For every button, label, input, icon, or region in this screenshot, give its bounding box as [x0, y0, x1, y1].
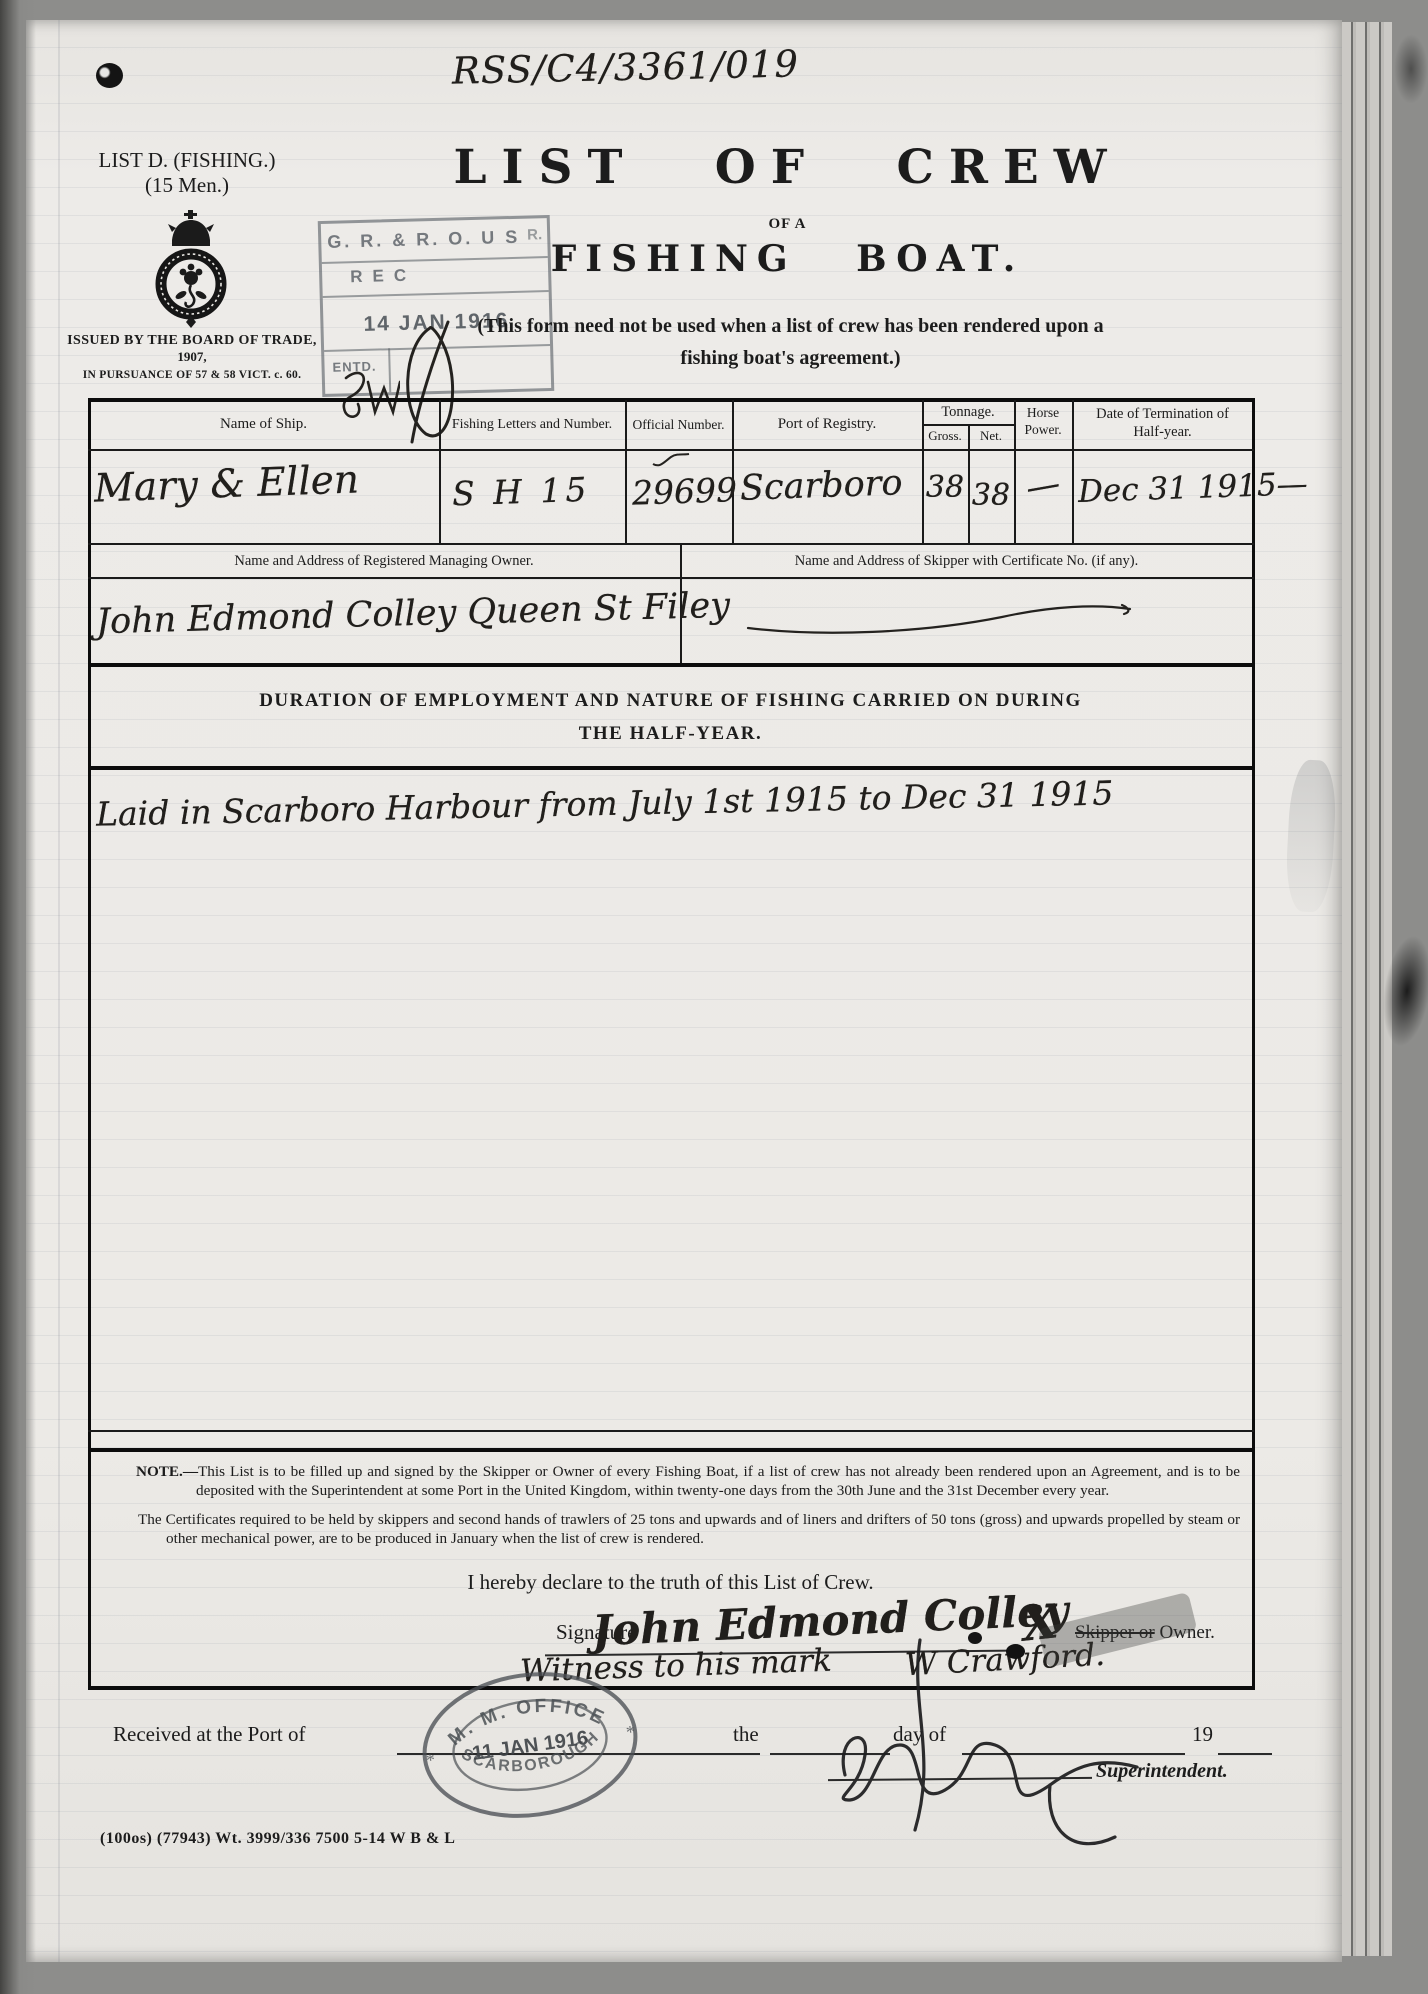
hole-punch-icon [96, 63, 123, 88]
skipper-header: Name and Address of Skipper with Certifi… [680, 545, 1253, 577]
col-header-horse-power-line1: Horse [1014, 405, 1072, 422]
tick-mark-icon [650, 452, 692, 468]
usage-note-line2: fishing boat's agreement.) [368, 342, 1213, 374]
left-scan-edge [0, 0, 36, 1994]
form-box-border-left [88, 400, 91, 1690]
note-paragraph-2: The Certificates required to be held by … [108, 1510, 1240, 1548]
superintendent-label: Superintendent. [1096, 1760, 1228, 1783]
print-imprint: (100os) (77943) Wt. 3999/336 7500 5-14 W… [100, 1830, 455, 1848]
form-code-line1: LIST D. (FISHING.) [72, 148, 302, 173]
superintendent-signature [815, 1585, 1155, 1865]
col-header-official-number: Official Number. [625, 402, 732, 448]
the-label: the [733, 1722, 759, 1747]
duration-bottomline [88, 766, 1255, 770]
note-thin-rule [88, 1430, 1254, 1432]
cell-port-of-registry: Scarboro [739, 463, 903, 509]
issued-by-line1: ISSUED BY THE BOARD OF TRADE, [62, 333, 322, 349]
issued-by-line3: IN PURSUANCE OF 57 & 58 VICT. c. 60. [62, 369, 322, 381]
duration-topline [88, 663, 1255, 667]
cell-net-tonnage: 38 [968, 478, 1014, 513]
cell-gross-tonnage: 38 [922, 470, 968, 505]
duration-heading-line2: THE HALF-YEAR. [88, 717, 1253, 750]
form-code-line2: (15 Men.) [72, 173, 302, 198]
page-title: LIST OF CREW [380, 140, 1195, 195]
archive-reference: RSS/C4/3361/019 [452, 42, 800, 92]
owner-header: Name and Address of Registered Managing … [88, 545, 680, 577]
title-fishing-boat: FISHING BOAT. [380, 238, 1195, 280]
duration-heading-line1: DURATION OF EMPLOYMENT AND NATURE OF FIS… [88, 684, 1253, 717]
cell-name-of-ship: Mary & Ellen [93, 457, 359, 511]
title-of-a: OF A [380, 216, 1195, 233]
col-header-horse-power-line2: Power. [1014, 422, 1072, 439]
fold-line [58, 20, 60, 1962]
header-underline [88, 449, 1254, 451]
note-label: NOTE.— [136, 1463, 198, 1480]
col-header-name-of-ship: Name of Ship. [88, 402, 439, 448]
owner-header-underline [88, 577, 1254, 579]
col-header-termination-line1: Date of Termination of [1072, 405, 1253, 423]
col-header-gross: Gross. [922, 424, 968, 449]
col-header-tonnage: Tonnage. [922, 400, 1014, 424]
col-header-port-of-registry: Port of Registry. [732, 402, 922, 448]
registry-stamp-rule2 [323, 290, 549, 298]
scanned-document: RSS/C4/3361/019 LIST D. (FISHING.) (15 M… [0, 0, 1428, 1994]
skipper-no-entry-flourish [742, 596, 1137, 640]
board-of-trade-crest-icon [148, 210, 234, 332]
col-header-termination-line2: Half-year. [1072, 423, 1253, 441]
year-prefix: 19 [1192, 1722, 1213, 1747]
note-paragraph-1: NOTE.—This List is to be filled up and s… [108, 1462, 1240, 1500]
cell-fishing-letters: S H 15 [451, 470, 591, 514]
stamp-star-left: * [425, 1749, 437, 1770]
col-header-net: Net. [968, 424, 1014, 449]
cell-official-number: 29699 [631, 470, 728, 512]
received-label: Received at the Port of [113, 1722, 305, 1747]
note-heavy-rule [88, 1448, 1255, 1452]
year-fill-line [1218, 1753, 1272, 1755]
issued-by-line2: 1907, [62, 349, 322, 365]
form-box-border-right [1252, 400, 1255, 1690]
ink-blotch-top-right [1394, 34, 1428, 104]
port-office-stamp: M. M. OFFICE SCARBOROUGH 11 JAN 1916 * * [406, 1655, 655, 1836]
col-header-fishing-letters: Fishing Letters and Number. [439, 402, 625, 448]
usage-note-line1: (This form need not be used when a list … [368, 310, 1213, 342]
